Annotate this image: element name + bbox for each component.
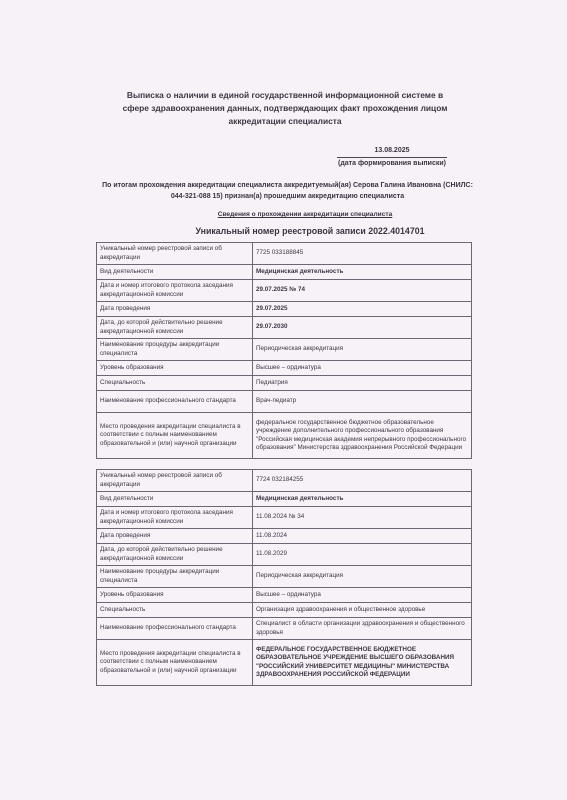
row-label: Дата проведения [97, 302, 253, 317]
table-row: Место проведения аккредитации специалист… [97, 640, 472, 686]
row-label: Наименование процедуры аккредитации спец… [97, 566, 253, 588]
intro-paragraph: По итогам прохождения аккредитации специ… [95, 180, 480, 202]
row-value: 7724 032184255 [253, 470, 472, 492]
row-value: Периодическая аккредитация [253, 566, 472, 588]
accreditation-record-table: Уникальный номер реестровой записи об ак… [96, 469, 472, 686]
registry-number-title: Уникальный номер реестровой записи 2022.… [170, 226, 450, 236]
row-label: Наименование профессионального стандарта [97, 618, 253, 640]
table-row: Уровень образованияВысшее – ординатура [97, 361, 472, 376]
row-label: Уникальный номер реестровой записи об ак… [97, 243, 253, 265]
table-row: Уникальный номер реестровой записи об ак… [97, 243, 472, 265]
row-label: Вид деятельности [97, 492, 253, 507]
row-value: 29.07.2030 [253, 317, 472, 339]
row-label: Дата и номер итогового протокола заседан… [97, 507, 253, 529]
table-row: Наименование профессионального стандарта… [97, 618, 472, 640]
row-label: Дата проведения [97, 529, 253, 544]
table-row: СпециальностьОрганизация здравоохранения… [97, 603, 472, 618]
table-row: Уникальный номер реестровой записи об ак… [97, 470, 472, 492]
table-row: Вид деятельностиМедицинская деятельность [97, 492, 472, 507]
table-row: СпециальностьПедиатрия [97, 376, 472, 391]
row-value: Медицинская деятельность [253, 265, 472, 280]
row-value: 11.08.2029 [253, 544, 472, 566]
row-value: Высшее – ординатура [253, 588, 472, 603]
row-value: Врач-педиатр [253, 391, 472, 413]
row-value: 29.07.2025 [253, 302, 472, 317]
row-label: Уровень образования [97, 361, 253, 376]
row-value: 29.07.2025 № 74 [253, 280, 472, 302]
row-label: Дата, до которой действительно решение а… [97, 317, 253, 339]
table-row: Вид деятельностиМедицинская деятельность [97, 265, 472, 280]
row-label: Уникальный номер реестровой записи об ак… [97, 470, 253, 492]
row-value: Высшее – ординатура [253, 361, 472, 376]
table-row: Дата и номер итогового протокола заседан… [97, 280, 472, 302]
row-value: Специалист в области организации здравоо… [253, 618, 472, 640]
table-row: Дата и номер итогового протокола заседан… [97, 507, 472, 529]
row-label: Специальность [97, 376, 253, 391]
extract-date-caption: (дата формирования выписки) [337, 158, 447, 169]
table-row: Дата, до которой действительно решение а… [97, 317, 472, 339]
row-value: Педиатрия [253, 376, 472, 391]
row-value: Периодическая аккредитация [253, 339, 472, 361]
table-row: Место проведения аккредитации специалист… [97, 413, 472, 459]
date-block: 13.08.2025 (дата формирования выписки) [337, 146, 447, 169]
row-value: федеральное государственное бюджетное об… [253, 413, 472, 459]
row-value: 11.08.2024 [253, 529, 472, 544]
table-row: Дата проведения11.08.2024 [97, 529, 472, 544]
table-row: Дата проведения29.07.2025 [97, 302, 472, 317]
row-value: Медицинская деятельность [253, 492, 472, 507]
table-row: Дата, до которой действительно решение а… [97, 544, 472, 566]
table-row: Наименование профессионального стандарта… [97, 391, 472, 413]
row-label: Вид деятельности [97, 265, 253, 280]
extract-date: 13.08.2025 [337, 146, 447, 158]
row-label: Дата и номер итогового протокола заседан… [97, 280, 253, 302]
row-label: Дата, до которой действительно решение а… [97, 544, 253, 566]
table-row: Уровень образованияВысшее – ординатура [97, 588, 472, 603]
document-title: Выписка о наличии в единой государственн… [120, 89, 450, 128]
row-label: Место проведения аккредитации специалист… [97, 640, 253, 686]
row-value: 7725 033188845 [253, 243, 472, 265]
row-value: 11.08.2024 № 34 [253, 507, 472, 529]
row-value: ФЕДЕРАЛЬНОЕ ГОСУДАРСТВЕННОЕ БЮДЖЕТНОЕ ОБ… [253, 640, 472, 686]
row-label: Место проведения аккредитации специалист… [97, 413, 253, 459]
accreditation-record-table: Уникальный номер реестровой записи об ак… [96, 242, 472, 459]
document-page: Выписка о наличии в единой государственн… [0, 0, 567, 800]
table-row: Наименование процедуры аккредитации спец… [97, 566, 472, 588]
row-value: Организация здравоохранения и общественн… [253, 603, 472, 618]
row-label: Наименование профессионального стандарта [97, 391, 253, 413]
row-label: Специальность [97, 603, 253, 618]
section-title: Сведения о прохождении аккредитации спец… [190, 211, 420, 218]
table-row: Наименование процедуры аккредитации спец… [97, 339, 472, 361]
row-label: Уровень образования [97, 588, 253, 603]
row-label: Наименование процедуры аккредитации спец… [97, 339, 253, 361]
